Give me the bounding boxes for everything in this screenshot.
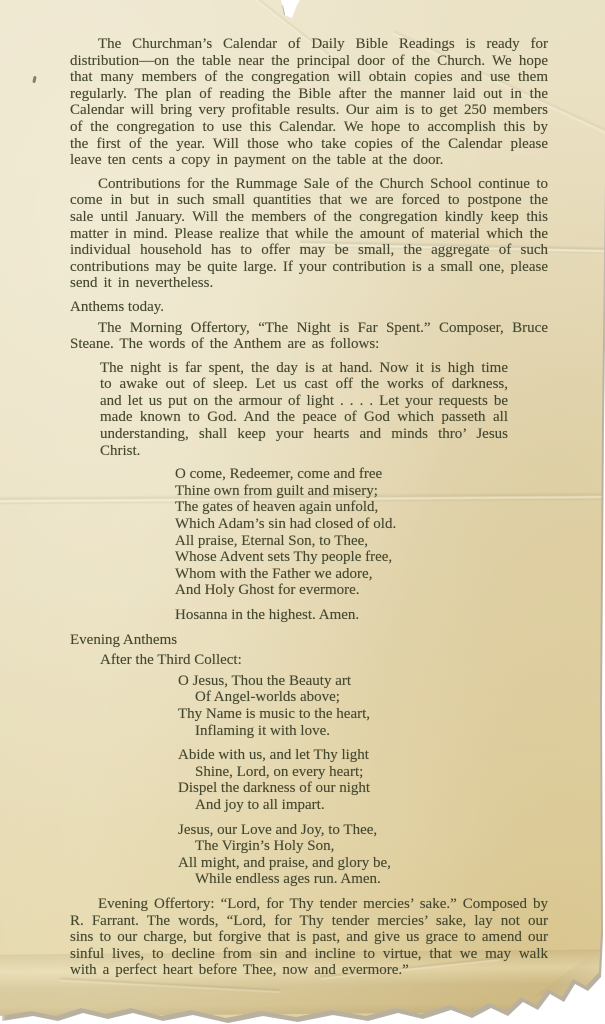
- heading-evening-anthems: Evening Anthems: [70, 632, 548, 649]
- evening-verse-2: Abide with us, and let Thy lightShine, L…: [178, 747, 548, 813]
- subheading-third-collect: After the Third Collect:: [70, 652, 548, 669]
- paragraph-evening-offertory: Evening Offertory: “Lord, for Thy tender…: [70, 896, 548, 979]
- verse-line: And joy to all impart.: [195, 797, 548, 814]
- verse-line: All praise, Eternal Son, to Thee,: [175, 533, 548, 550]
- verse-line: While endless ages run. Amen.: [195, 871, 548, 888]
- verse-line: Inflaming it with love.: [195, 723, 548, 740]
- heading-anthems-today: Anthems today.: [70, 299, 548, 316]
- verse-line: Thy Name is music to the heart,: [178, 706, 548, 723]
- paragraph-churchmans-calendar: The Churchman’s Calendar of Daily Bible …: [70, 36, 548, 169]
- scanned-bulletin-page: The Churchman’s Calendar of Daily Bible …: [0, 0, 605, 1024]
- hosanna-line: Hosanna in the highest. Amen.: [175, 607, 548, 624]
- verse-line: Of Angel-worlds above;: [195, 689, 548, 706]
- paper-sheet: The Churchman’s Calendar of Daily Bible …: [0, 0, 605, 1024]
- verse-line: Which Adam’s sin had closed of old.: [175, 516, 548, 533]
- paragraph-morning-offertory: The Morning Offertory, “The Night is Far…: [70, 320, 548, 353]
- verse-line: Whose Advent sets Thy people free,: [175, 549, 548, 566]
- verse-line: Whom with the Father we adore,: [175, 566, 548, 583]
- paragraph-rummage-sale: Contributions for the Rummage Sale of th…: [70, 176, 548, 292]
- evening-verse-3: Jesus, our Love and Joy, to Thee,The Vir…: [178, 822, 548, 888]
- verse-line: Dispel the darkness of our night: [178, 780, 548, 797]
- verse-line: O come, Redeemer, come and free: [175, 466, 548, 483]
- verse-line: Shine, Lord, on every heart;: [195, 764, 548, 781]
- anthem-words-quote: The night is far spent, the day is at ha…: [100, 360, 508, 460]
- page-content: The Churchman’s Calendar of Daily Bible …: [70, 36, 548, 986]
- morning-anthem-verse: O come, Redeemer, come and freeThine own…: [175, 466, 548, 599]
- verse-line: The Virgin’s Holy Son,: [195, 838, 548, 855]
- verse-line: Jesus, our Love and Joy, to Thee,: [178, 822, 548, 839]
- ink-speck: [32, 76, 36, 83]
- verse-line: Thine own from guilt and misery;: [175, 483, 548, 500]
- verse-line: O Jesus, Thou the Beauty art: [178, 673, 548, 690]
- verse-line: Abide with us, and let Thy light: [178, 747, 548, 764]
- verse-line: All might, and praise, and glory be,: [178, 855, 548, 872]
- evening-verse-1: O Jesus, Thou the Beauty artOf Angel-wor…: [178, 673, 548, 739]
- verse-line: And Holy Ghost for evermore.: [175, 582, 548, 599]
- verse-line: The gates of heaven again unfold,: [175, 499, 548, 516]
